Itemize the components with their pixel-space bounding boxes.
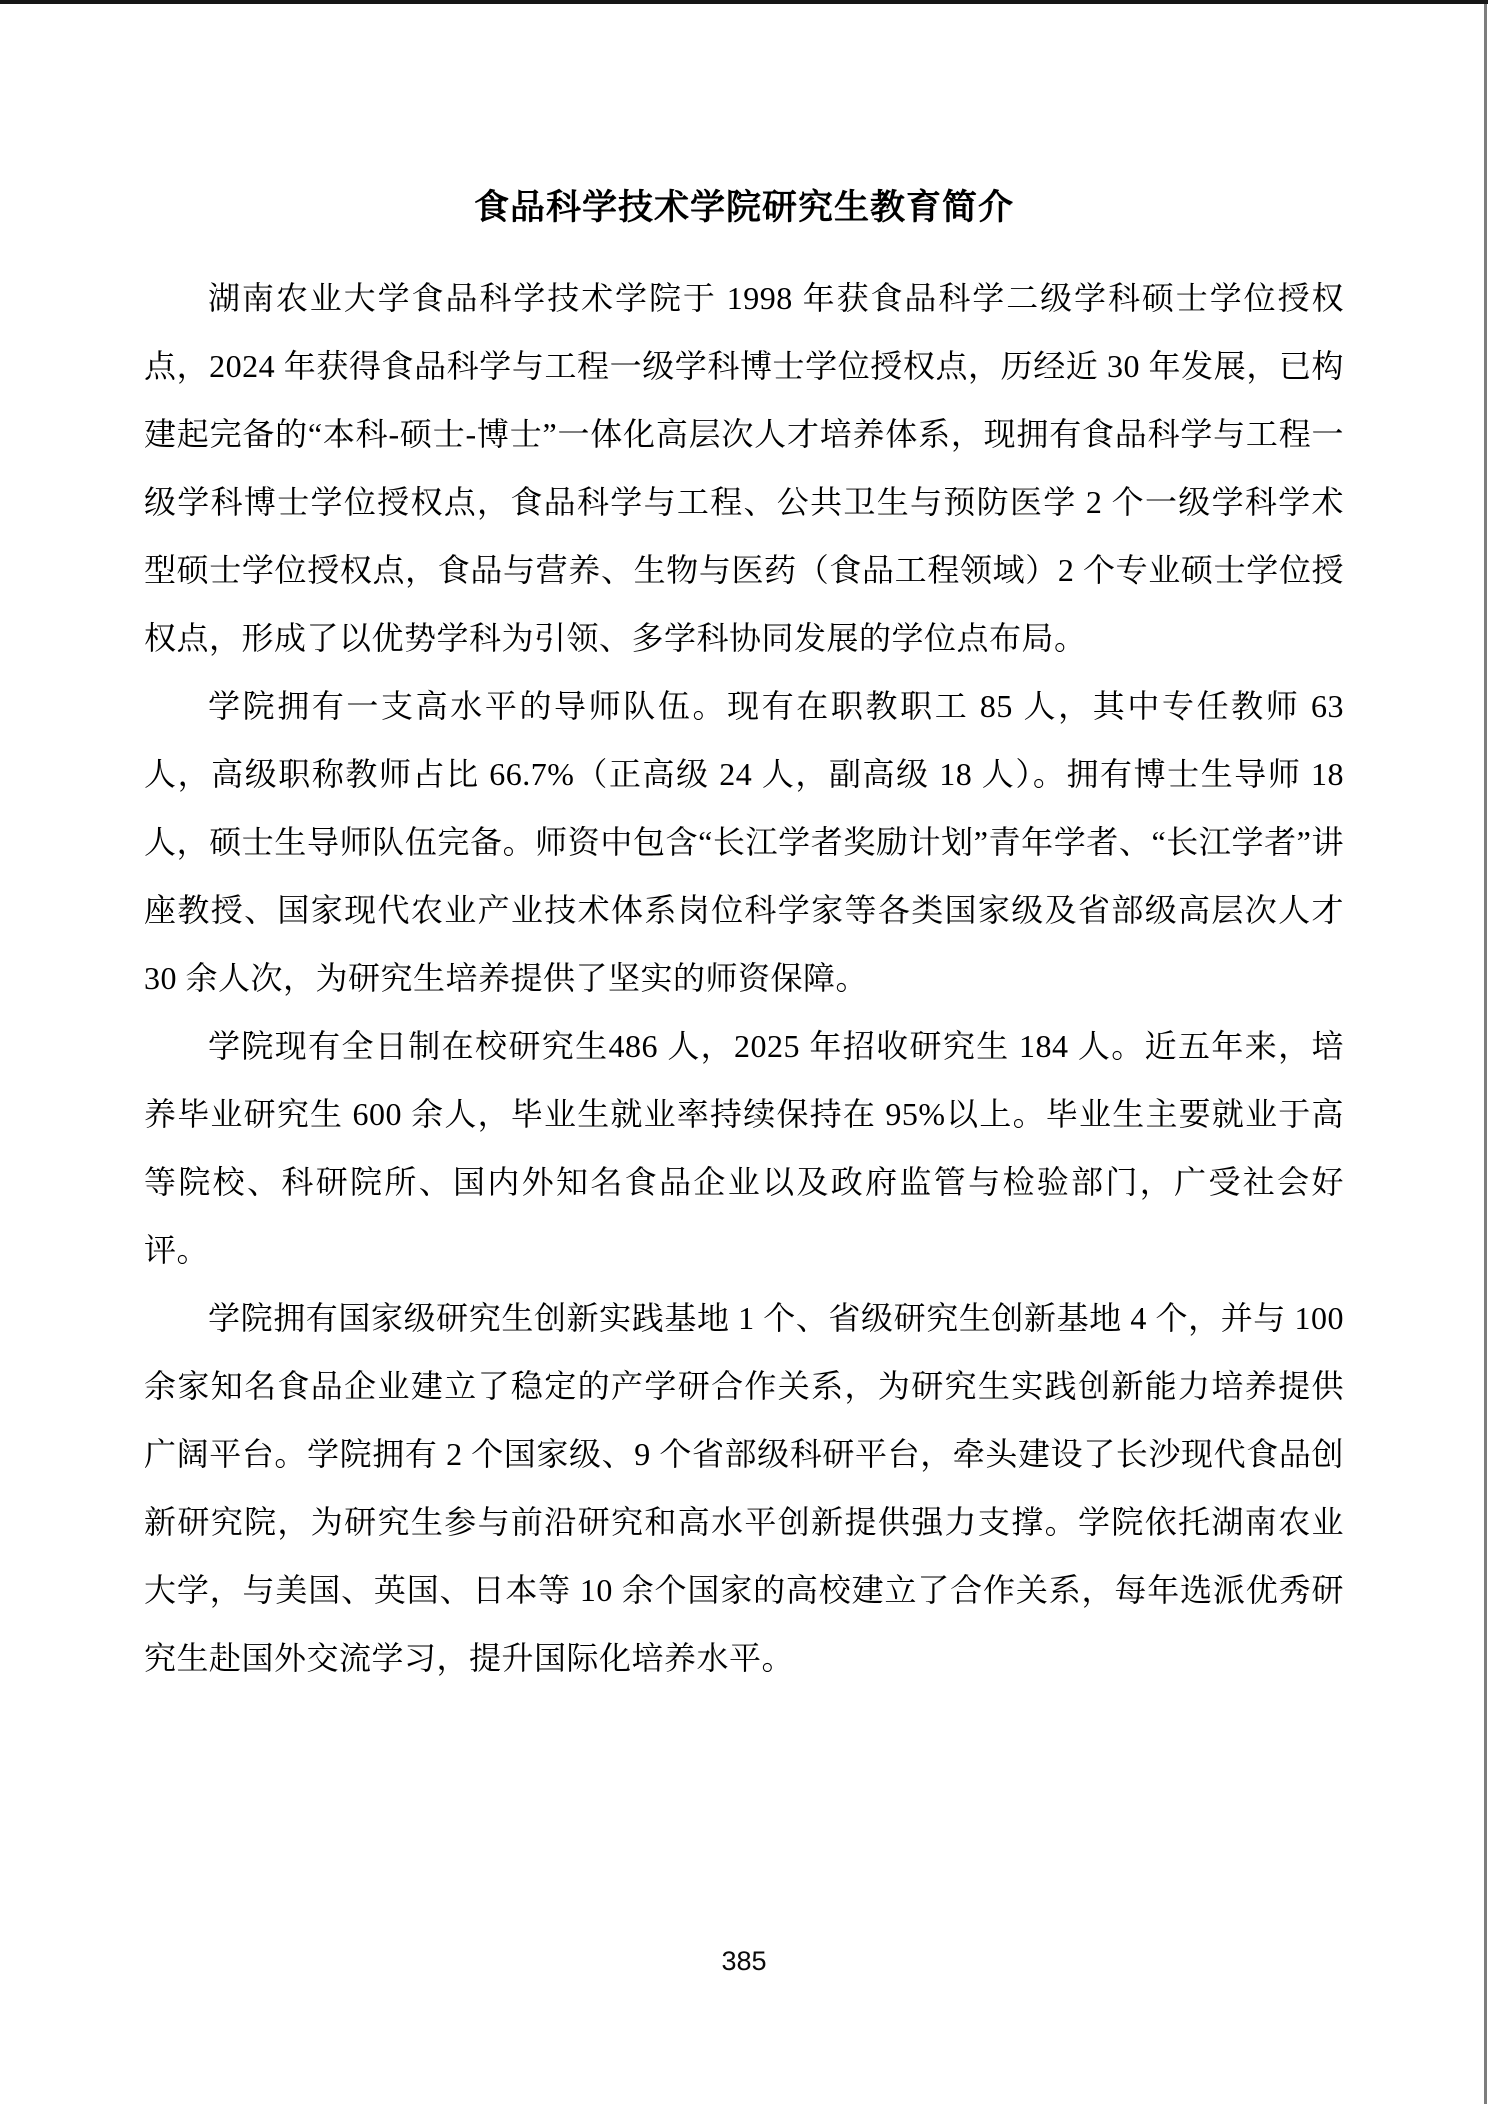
document-body: 湖南农业大学食品科学技术学院于 1998 年获食品科学二级学科硕士学位授权点，2… [144, 264, 1344, 1692]
scan-artifact-right-line [1484, 4, 1487, 2104]
page-number: 385 [0, 1946, 1488, 1977]
paragraph-degree-programs: 湖南农业大学食品科学技术学院于 1998 年获食品科学二级学科硕士学位授权点，2… [144, 264, 1344, 672]
document-page: 食品科学技术学院研究生教育简介 湖南农业大学食品科学技术学院于 1998 年获食… [0, 0, 1488, 2104]
paragraph-faculty: 学院拥有一支高水平的导师队伍。现有在职教职工 85 人，其中专任教师 63 人，… [144, 672, 1344, 1012]
paragraph-platforms-cooperation: 学院拥有国家级研究生创新实践基地 1 个、省级研究生创新基地 4 个，并与 10… [144, 1284, 1344, 1692]
paragraph-students-employment: 学院现有全日制在校研究生486 人，2025 年招收研究生 184 人。近五年来… [144, 1012, 1344, 1284]
scan-artifact-top-line [0, 0, 1488, 4]
page-title: 食品科学技术学院研究生教育简介 [0, 0, 1488, 230]
